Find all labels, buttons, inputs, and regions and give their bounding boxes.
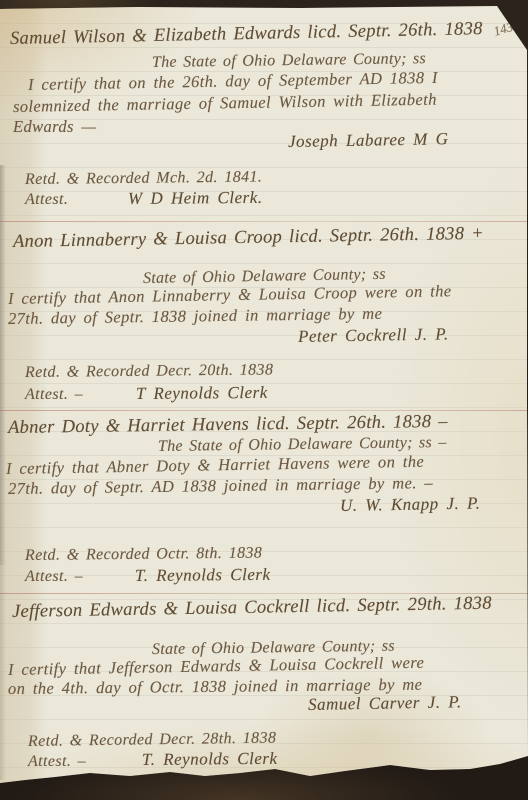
officiant-signature: Samuel Carver J. P. xyxy=(308,692,462,715)
clerk-signature: T Reynolds Clerk xyxy=(136,383,268,404)
attest-label: Attest. xyxy=(25,191,68,209)
certification-line: I certify that Anon Linnaberry & Louisa … xyxy=(8,281,452,309)
record-heading: Samuel Wilson & Elizabeth Edwards licd. … xyxy=(10,19,483,50)
divider-rule xyxy=(0,221,528,222)
officiant-signature: Peter Cockrell J. P. xyxy=(298,324,449,347)
clerk-signature: W D Heim Clerk. xyxy=(128,188,263,209)
attest-label: Attest. – xyxy=(25,568,83,586)
attest-label: Attest. – xyxy=(25,386,83,404)
paper: 143 Samuel Wilson & Elizabeth Edwards li… xyxy=(0,0,528,800)
clerk-signature: T. Reynolds Clerk xyxy=(135,565,271,586)
recorded-line: Retd. & Recorded Mch. 2d. 1841. xyxy=(25,169,262,189)
record-heading: Jefferson Edwards & Louisa Cockrell licd… xyxy=(12,594,492,623)
scanned-ledger-page: 143 Samuel Wilson & Elizabeth Edwards li… xyxy=(0,0,528,800)
page-number: 143 xyxy=(492,19,515,40)
page-edge-shadow xyxy=(0,565,6,780)
officiant-signature: U. W. Knapp J. P. xyxy=(340,494,481,516)
recorded-line: Retd. & Recorded Decr. 28th. 1838 xyxy=(28,730,277,751)
recorded-line: Retd. & Recorded Octr. 8th. 1838 xyxy=(25,545,262,565)
certification-line: Edwards — xyxy=(13,117,96,137)
recorded-line: Retd. & Recorded Decr. 20th. 1838 xyxy=(25,361,274,382)
page-edge-shadow xyxy=(0,165,6,565)
certification-line: 27th. day of Septr. 1838 joined in marri… xyxy=(8,304,383,329)
clerk-signature: T. Reynolds Clerk xyxy=(142,749,278,770)
divider-rule xyxy=(0,410,528,411)
officiant-signature: Joseph Labaree M G xyxy=(288,129,449,152)
attest-label: Attest. – xyxy=(28,753,86,771)
record-heading: Anon Linnaberry & Louisa Croop licd. Sep… xyxy=(13,224,484,253)
